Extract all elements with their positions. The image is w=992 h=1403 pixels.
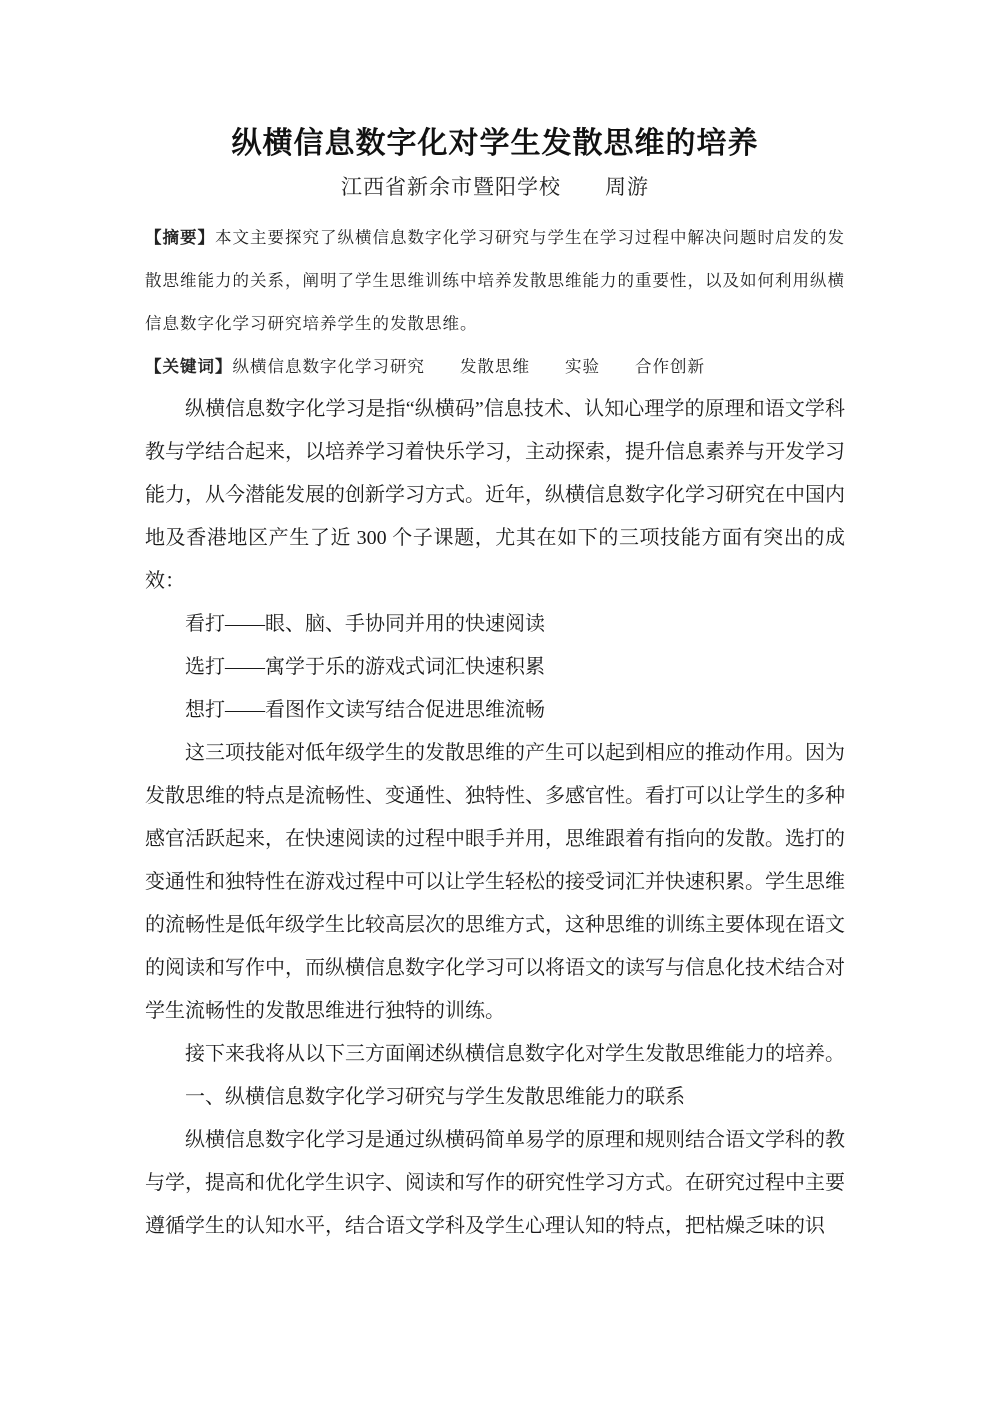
section-heading-1: 一、纵横信息数字化学习研究与学生发散思维能力的联系: [145, 1076, 845, 1119]
abstract-paragraph: 【摘要】本文主要探究了纵横信息数字化学习研究与学生在学习过程中解决问题时启发的发…: [145, 216, 845, 345]
document-page: 纵横信息数字化对学生发散思维的培养 江西省新余市暨阳学校 周游 【摘要】本文主要…: [0, 0, 992, 1403]
keywords-items: 纵横信息数字化学习研究 发散思维 实验 合作创新: [233, 357, 706, 376]
abstract-label: 【摘要】: [145, 228, 215, 247]
skill-line-kanda: 看打——眼、脑、手协同并用的快速阅读: [145, 603, 845, 646]
keywords-line: 【关键词】纵横信息数字化学习研究 发散思维 实验 合作创新: [145, 345, 845, 388]
document-title: 纵横信息数字化对学生发散思维的培养: [145, 124, 845, 164]
author-byline: 江西省新余市暨阳学校 周游: [145, 174, 845, 200]
body-paragraph-4: 纵横信息数字化学习是通过纵横码简单易学的原理和规则结合语文学科的教与学，提高和优…: [145, 1119, 845, 1248]
body-paragraph-2: 这三项技能对低年级学生的发散思维的产生可以起到相应的推动作用。因为发散思维的特点…: [145, 732, 845, 1033]
skill-line-xiangda: 想打——看图作文读写结合促进思维流畅: [145, 689, 845, 732]
keywords-label: 【关键词】: [145, 357, 233, 376]
skill-line-xuanda: 选打——寓学于乐的游戏式词汇快速积累: [145, 646, 845, 689]
document-content: 纵横信息数字化对学生发散思维的培养 江西省新余市暨阳学校 周游 【摘要】本文主要…: [0, 124, 992, 1248]
body-paragraph-1: 纵横信息数字化学习是指“纵横码”信息技术、认知心理学的原理和语文学科教与学结合起…: [145, 388, 845, 603]
body-paragraph-3: 接下来我将从以下三方面阐述纵横信息数字化对学生发散思维能力的培养。: [145, 1033, 845, 1076]
abstract-text: 本文主要探究了纵横信息数字化学习研究与学生在学习过程中解决问题时启发的发散思维能…: [145, 228, 845, 333]
